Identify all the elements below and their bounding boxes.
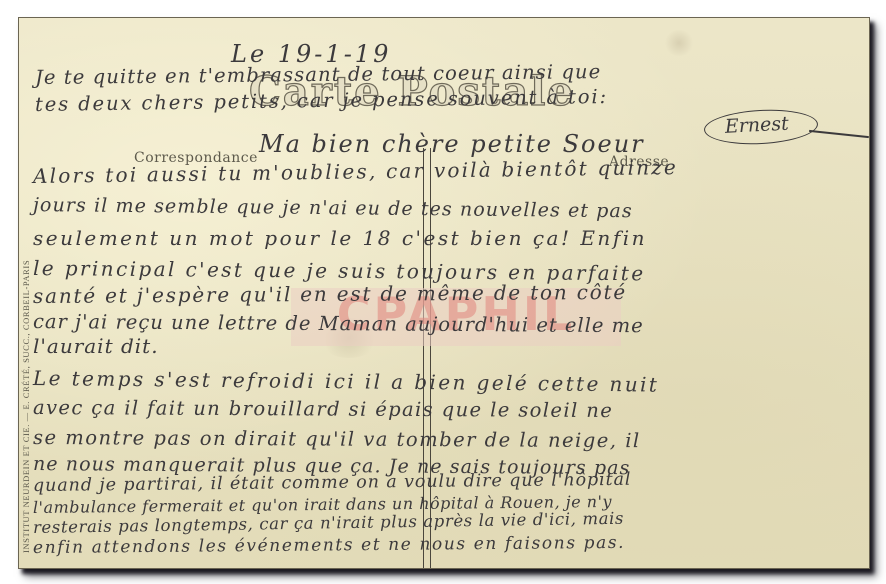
message-line: Le temps s'est refroidi ici il a bien ge… — [33, 368, 660, 395]
message-line: l'aurait dit. — [33, 336, 159, 356]
signature-ernest: Ernest — [703, 107, 819, 147]
message-line: avec ça il fait un brouillard si épais q… — [33, 398, 613, 421]
message-line: Je te quitte en t'embrassant de tout coe… — [35, 62, 602, 87]
message-line: Alors toi aussi tu m'oublies, car voilà … — [33, 157, 678, 186]
handwritten-message: Le 19-1-19 Je te quitte en t'embrassant … — [19, 18, 869, 568]
message-line: santé et j'espère qu'il en est de même d… — [33, 282, 627, 306]
handwritten-greeting: Ma bien chère petite Soeur — [259, 130, 645, 158]
postcard-back: INSTITUT NEURDEIN ET CIE. — E. CRÉTÉ, SU… — [18, 17, 870, 569]
message-line: enfin attendons les événements et ne nou… — [33, 535, 625, 557]
message-line: tes deux chers petits, car je pense souv… — [35, 87, 608, 114]
message-line: se montre pas on dirait qu'il va tomber … — [33, 428, 641, 451]
message-line: jours il me semble que je n'ai eu de tes… — [33, 196, 633, 221]
signature-flourish — [809, 130, 869, 138]
message-line: seulement un mot pour le 18 c'est bien ç… — [33, 228, 647, 248]
message-line: car j'ai reçu une lettre de Maman aujour… — [33, 312, 644, 336]
signature-text: Ernest — [724, 113, 789, 138]
